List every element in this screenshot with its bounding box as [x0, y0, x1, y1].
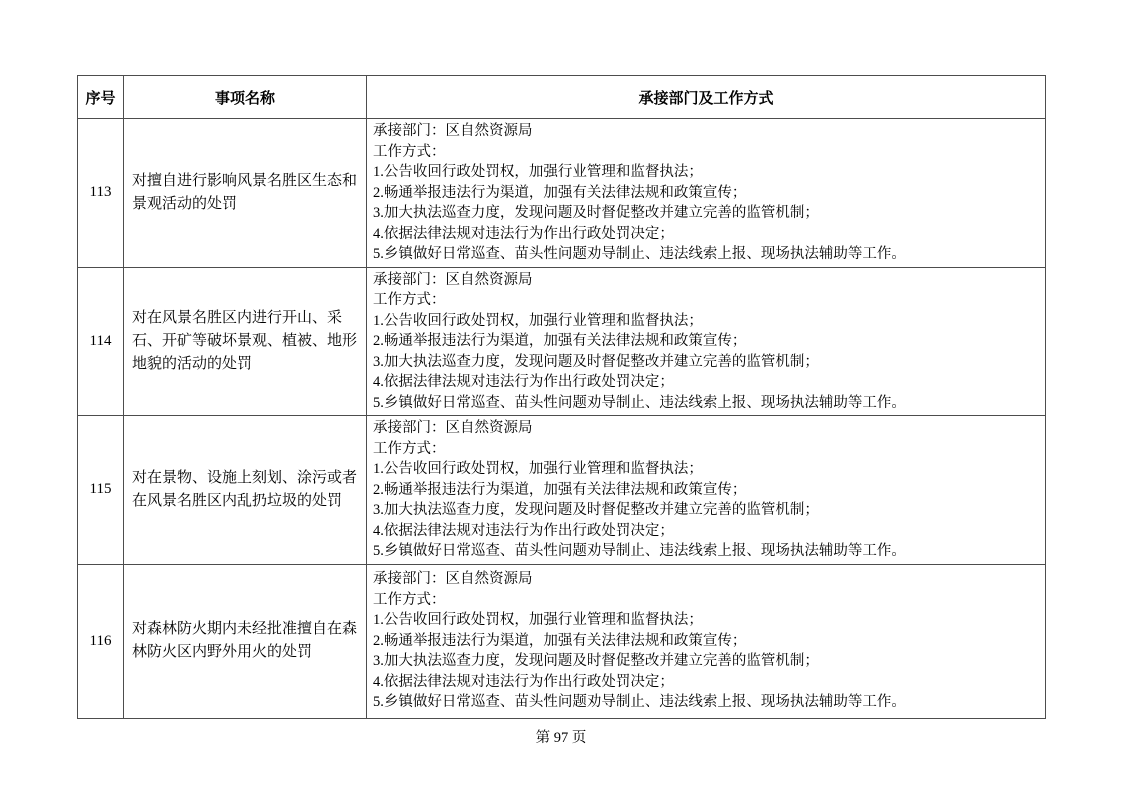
- column-header-department-and-method: 承接部门及工作方式: [367, 76, 1046, 119]
- column-header-item-name: 事项名称: [124, 76, 367, 119]
- detail-line: 3.加大执法巡查力度，发现问题及时督促整改并建立完善的监管机制；: [373, 500, 1039, 521]
- table-header-row: 序号 事项名称 承接部门及工作方式: [78, 76, 1046, 119]
- detail-line: 4.依据法律法规对违法行为作出行政处罚决定；: [373, 372, 1039, 393]
- serial-number: 115: [78, 416, 124, 565]
- serial-number: 113: [78, 119, 124, 268]
- page-number: 第 97 页: [77, 728, 1045, 748]
- department-and-method-cell: 承接部门：区自然资源局 工作方式： 1.公告收回行政处罚权，加强行业管理和监督执…: [367, 267, 1046, 416]
- detail-line: 1.公告收回行政处罚权，加强行业管理和监督执法；: [373, 162, 1039, 183]
- document-page: 序号 事项名称 承接部门及工作方式 113 对擅自进行影响风景名胜区生态和景观活…: [77, 0, 1045, 748]
- table-row: 115 对在景物、设施上刻划、涂污或者在风景名胜区内乱扔垃圾的处罚 承接部门：区…: [78, 416, 1046, 565]
- detail-line: 工作方式：: [373, 439, 1039, 460]
- department-and-method-cell: 承接部门：区自然资源局 工作方式： 1.公告收回行政处罚权，加强行业管理和监督执…: [367, 564, 1046, 718]
- department-and-method-cell: 承接部门：区自然资源局 工作方式： 1.公告收回行政处罚权，加强行业管理和监督执…: [367, 416, 1046, 565]
- table-row: 116 对森林防火期内未经批准擅自在森林防火区内野外用火的处罚 承接部门：区自然…: [78, 564, 1046, 718]
- column-header-serial-number: 序号: [78, 76, 124, 119]
- detail-line: 2.畅通举报违法行为渠道，加强有关法律法规和政策宣传；: [373, 183, 1039, 204]
- detail-line: 3.加大执法巡查力度，发现问题及时督促整改并建立完善的监管机制；: [373, 352, 1039, 373]
- matters-table: 序号 事项名称 承接部门及工作方式 113 对擅自进行影响风景名胜区生态和景观活…: [77, 75, 1046, 719]
- detail-line: 2.畅通举报违法行为渠道，加强有关法律法规和政策宣传；: [373, 331, 1039, 352]
- item-name: 对森林防火期内未经批准擅自在森林防火区内野外用火的处罚: [124, 564, 367, 718]
- detail-line: 1.公告收回行政处罚权，加强行业管理和监督执法；: [373, 610, 1039, 631]
- detail-line: 1.公告收回行政处罚权，加强行业管理和监督执法；: [373, 459, 1039, 480]
- detail-line: 承接部门：区自然资源局: [373, 121, 1039, 142]
- detail-line: 2.畅通举报违法行为渠道，加强有关法律法规和政策宣传；: [373, 480, 1039, 501]
- detail-line: 承接部门：区自然资源局: [373, 569, 1039, 590]
- detail-line: 工作方式：: [373, 590, 1039, 611]
- item-name: 对在风景名胜区内进行开山、采石、开矿等破坏景观、植被、地形地貌的活动的处罚: [124, 267, 367, 416]
- detail-line: 2.畅通举报违法行为渠道，加强有关法律法规和政策宣传；: [373, 631, 1039, 652]
- detail-line: 5.乡镇做好日常巡查、苗头性问题劝导制止、违法线索上报、现场执法辅助等工作。: [373, 692, 1039, 713]
- detail-line: 5.乡镇做好日常巡查、苗头性问题劝导制止、违法线索上报、现场执法辅助等工作。: [373, 393, 1039, 414]
- detail-line: 工作方式：: [373, 290, 1039, 311]
- detail-line: 承接部门：区自然资源局: [373, 418, 1039, 439]
- table-row: 113 对擅自进行影响风景名胜区生态和景观活动的处罚 承接部门：区自然资源局 工…: [78, 119, 1046, 268]
- table-row: 114 对在风景名胜区内进行开山、采石、开矿等破坏景观、植被、地形地貌的活动的处…: [78, 267, 1046, 416]
- detail-line: 3.加大执法巡查力度，发现问题及时督促整改并建立完善的监管机制；: [373, 651, 1039, 672]
- detail-line: 承接部门：区自然资源局: [373, 270, 1039, 291]
- item-name: 对擅自进行影响风景名胜区生态和景观活动的处罚: [124, 119, 367, 268]
- detail-line: 5.乡镇做好日常巡查、苗头性问题劝导制止、违法线索上报、现场执法辅助等工作。: [373, 244, 1039, 265]
- detail-line: 1.公告收回行政处罚权，加强行业管理和监督执法；: [373, 311, 1039, 332]
- detail-line: 4.依据法律法规对违法行为作出行政处罚决定；: [373, 224, 1039, 245]
- detail-line: 4.依据法律法规对违法行为作出行政处罚决定；: [373, 672, 1039, 693]
- detail-line: 4.依据法律法规对违法行为作出行政处罚决定；: [373, 521, 1039, 542]
- detail-line: 5.乡镇做好日常巡查、苗头性问题劝导制止、违法线索上报、现场执法辅助等工作。: [373, 541, 1039, 562]
- serial-number: 114: [78, 267, 124, 416]
- detail-line: 工作方式：: [373, 142, 1039, 163]
- department-and-method-cell: 承接部门：区自然资源局 工作方式： 1.公告收回行政处罚权，加强行业管理和监督执…: [367, 119, 1046, 268]
- serial-number: 116: [78, 564, 124, 718]
- detail-line: 3.加大执法巡查力度，发现问题及时督促整改并建立完善的监管机制；: [373, 203, 1039, 224]
- item-name: 对在景物、设施上刻划、涂污或者在风景名胜区内乱扔垃圾的处罚: [124, 416, 367, 565]
